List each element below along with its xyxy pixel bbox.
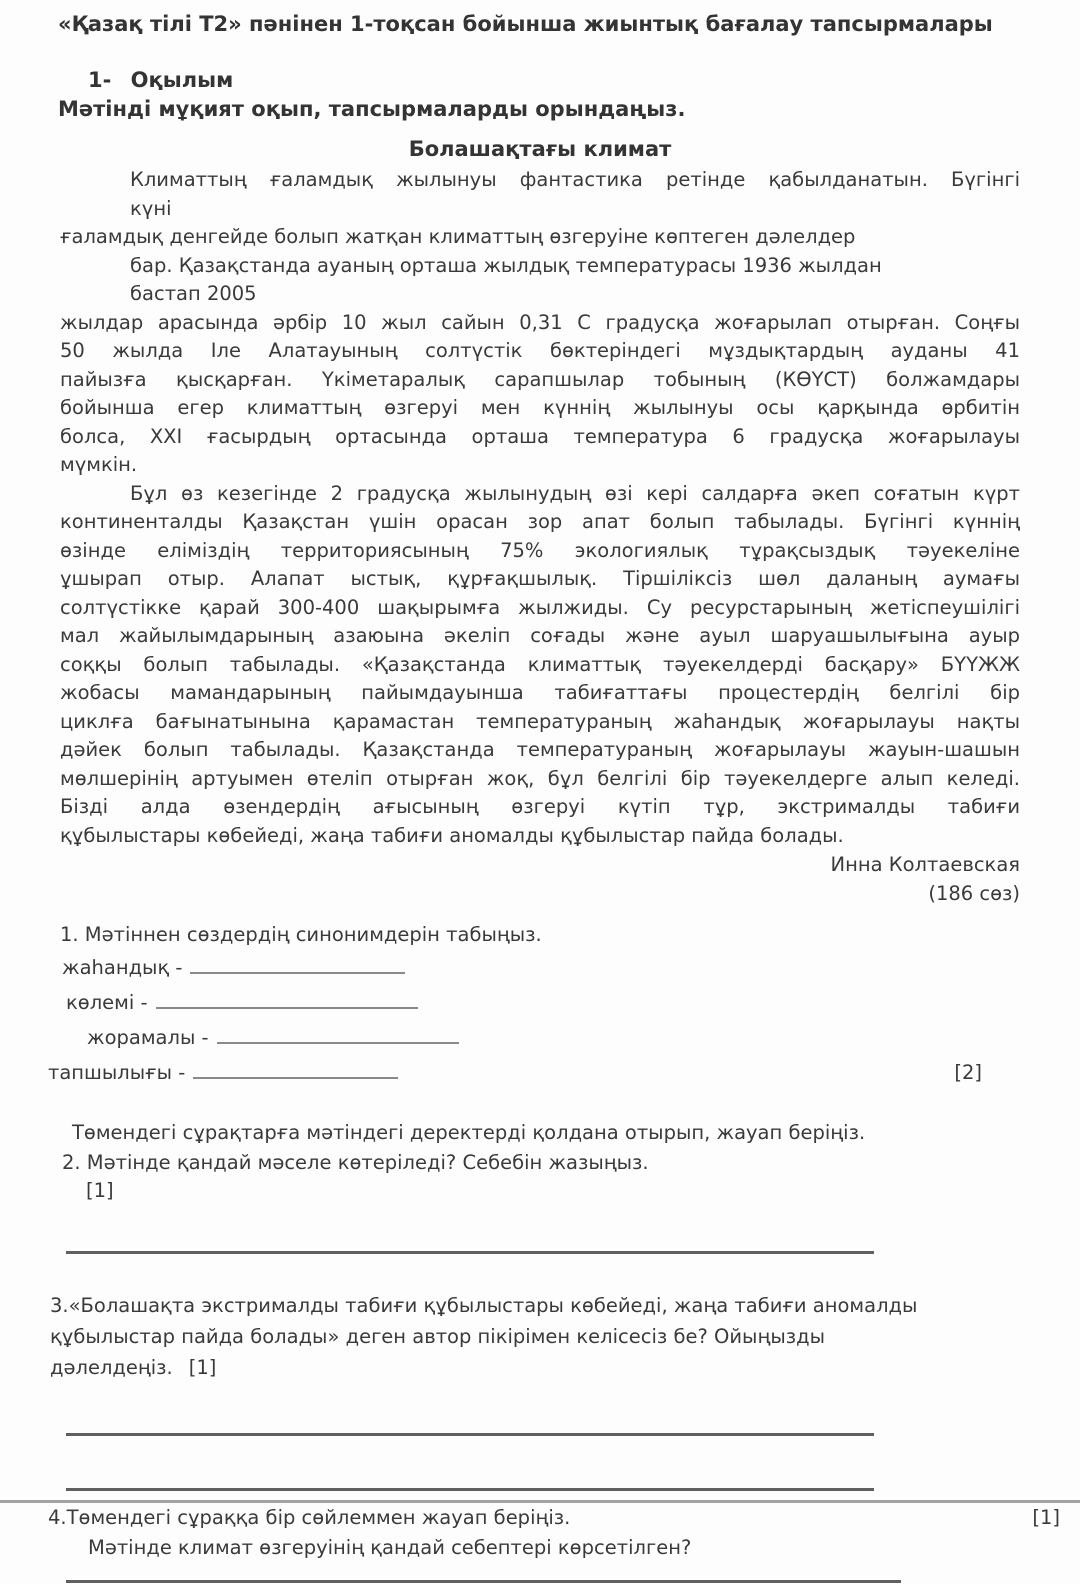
author-name: Инна Колтаевская [60, 850, 1020, 879]
passage-line: 50 жылда Іле Алатауының солтүстік бөктер… [60, 337, 1020, 366]
task4-question: 4.Төмендегі сұраққа бір сөйлеммен жауап … [48, 1503, 570, 1533]
page-divider [0, 1500, 1080, 1503]
passage-line: дәйек болып табылады. Қазақстанда темпер… [60, 736, 1020, 765]
task2-intro: Төмендегі сұрақтарға мәтіндегі деректерд… [72, 1118, 1080, 1147]
synonym-label: жаһандық - [62, 956, 182, 979]
synonym-row: көлемі - [66, 985, 1080, 1020]
synonym-row-left: тапшылығы - [48, 1055, 398, 1090]
passage-line: құбылыстары көбейеді, жаңа табиғи аномал… [60, 822, 1020, 851]
reading-instruction: Мәтінді мұқият оқып, тапсырмаларды орынд… [58, 97, 1080, 121]
task3-question: 3.«Болашақта экстрималды табиғи құбылыст… [50, 1290, 1035, 1383]
task3-line: 3.«Болашақта экстрималды табиғи құбылыст… [50, 1290, 1035, 1321]
answer-blank [193, 1061, 398, 1079]
task3-line: құбылыстар пайда болады» деген автор пік… [50, 1321, 1035, 1352]
task3-line: дәлелдеңіз.[1] [50, 1352, 1035, 1383]
passage-line: жобасы мамандарының пайымдауынша табиғат… [60, 679, 1020, 708]
synonym-label: көлемі - [66, 991, 148, 1014]
passage-line: Бізді алда өзендердің ағысының өзгеруі к… [60, 793, 1020, 822]
answer-blank [156, 991, 418, 1009]
passage-line: Бұл өз кезегінде 2 градусқа жылынудың өз… [60, 480, 1020, 509]
passage-line: Климаттың ғаламдық жылынуы фантастика ре… [60, 166, 1020, 195]
section-heading: 1- Оқылым [88, 68, 1080, 92]
passage-line: күні [60, 195, 1020, 224]
passage-line: бастап 2005 [60, 280, 1020, 309]
passage-line: бойынша егер климаттың өзгеруі мен күнні… [60, 394, 1020, 423]
task1-question: 1. Мәтіннен сөздердің синонимдерін табың… [60, 920, 1020, 950]
synonym-row: жорамалы - [87, 1020, 1080, 1055]
answer-blank [190, 956, 405, 974]
passage-title: Болашақтағы климат [60, 137, 1020, 161]
task1-mark: [2] [954, 1055, 982, 1090]
passage-line: жылдар арасында әрбір 10 жыл сайын 0,31 … [60, 309, 1020, 338]
task3-line-text: дәлелдеңіз. [50, 1356, 173, 1379]
synonym-row: тапшылығы - [2] [48, 1055, 1080, 1090]
answer-line [66, 1488, 874, 1491]
synonym-label: тапшылығы - [48, 1061, 185, 1084]
passage-line: соққы болып табылады. «Қазақстанда клима… [60, 651, 1020, 680]
answer-blank [217, 1026, 459, 1044]
passage-line: континенталды Қазақстан үшін орасан зор … [60, 508, 1020, 537]
passage-line: бар. Қазақстанда ауаның орташа жылдық те… [60, 252, 1020, 281]
answer-line [66, 1580, 901, 1583]
passage-line: циклға бағынатынына қарамастан температу… [60, 708, 1020, 737]
passage-line: мүмкін. [60, 451, 1020, 480]
answer-line [66, 1433, 874, 1436]
answer-line [66, 1251, 874, 1254]
synonym-row: жаһандық - [62, 950, 1080, 985]
scanned-test-page: «Қазақ тілі Т2» пәнінен 1-тоқсан бойынша… [0, 0, 1080, 1584]
passage-line: мөлшерінің артуымен өтеліп отырған жоқ, … [60, 765, 1020, 794]
task2-question: 2. Мәтінде қандай мәселе көтеріледі? Себ… [62, 1148, 1080, 1177]
passage-line: солтүстікке қарай 300-400 шақырымға жылж… [60, 594, 1020, 623]
passage-line: болса, XXI ғасырдың ортасында орташа тем… [60, 423, 1020, 452]
passage-line: ұшырап отыр. Алапат ыстық, құрғақшылық. … [60, 565, 1020, 594]
task4-sub-question: Мәтінде климат өзгеруінің қандай себепте… [88, 1533, 1080, 1563]
synonym-label: жорамалы - [87, 1026, 209, 1049]
task4-mark: [1] [1032, 1503, 1060, 1533]
task3-mark: [1] [189, 1356, 217, 1379]
passage-line: өзінде еліміздің территориясының 75% эко… [60, 537, 1020, 566]
document-title: «Қазақ тілі Т2» пәнінен 1-тоқсан бойынша… [58, 0, 1080, 36]
passage-line: мал жайылымдарының азаюына әкеліп соғады… [60, 622, 1020, 651]
passage-line: ғаламдық денгейде болып жатқан климаттың… [60, 223, 1020, 252]
passage-line: пайызға қысқарған. Үкіметаралық сарапшыл… [60, 366, 1020, 395]
reading-passage: Болашақтағы климат Климаттың ғаламдық жы… [60, 137, 1020, 908]
task2-mark: [1] [86, 1177, 1080, 1205]
task4-question-row: 4.Төмендегі сұраққа бір сөйлеммен жауап … [48, 1503, 1060, 1533]
word-count: (186 сөз) [60, 879, 1020, 908]
